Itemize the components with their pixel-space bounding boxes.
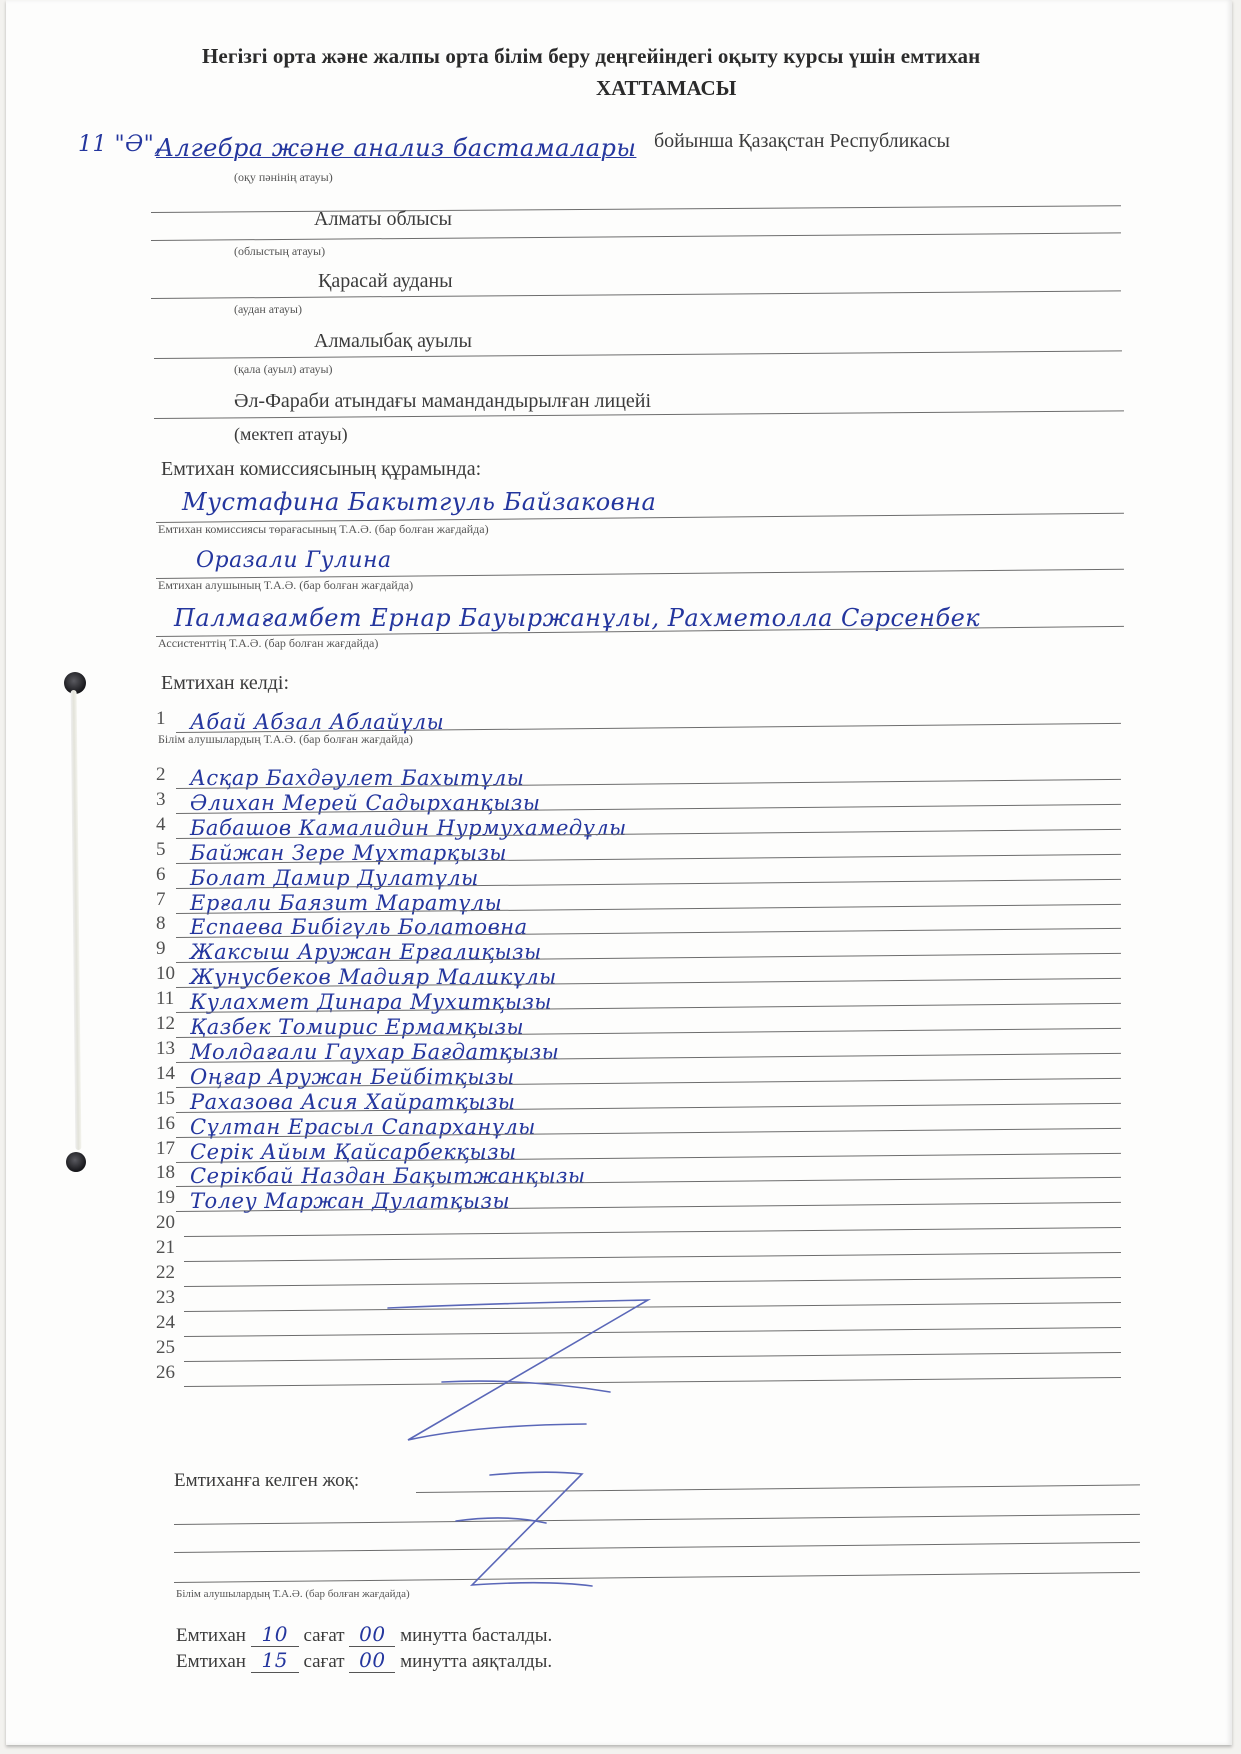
examiner-name: Оразали Гулина xyxy=(196,548,392,573)
student-number: 8 xyxy=(156,913,166,935)
village-caption: (қала (ауыл) атауы) xyxy=(234,362,333,377)
region-value: Алматы облысы xyxy=(314,208,452,231)
rule-region xyxy=(151,232,1121,241)
start-prefix: Емтихан xyxy=(176,1625,246,1646)
student-rule xyxy=(184,1252,1121,1262)
student-row: 14Оңғар Аружан Бейбітқызы xyxy=(156,1063,1136,1087)
student-number: 10 xyxy=(156,963,175,985)
student-rule xyxy=(184,1352,1121,1362)
student-number: 25 xyxy=(156,1337,175,1359)
student-row: 5Байжан Зере Мұхтарқызы xyxy=(156,839,1136,863)
student-rule xyxy=(184,1227,1121,1237)
student-number: 14 xyxy=(156,1063,175,1085)
commission-chair-caption: Емтихан комиссиясы төрағасының Т.А.Ә. (б… xyxy=(158,522,489,537)
student-rule xyxy=(184,1302,1121,1312)
student-row: 3Әлихан Мерей Садырханқызы xyxy=(156,789,1136,813)
attended-heading: Емтихан келді: xyxy=(161,672,289,695)
binding-hole-bottom xyxy=(66,1152,86,1172)
student-number: 11 xyxy=(156,988,174,1010)
document-title: Негізгі орта және жалпы орта білім беру … xyxy=(202,44,980,69)
student-number: 2 xyxy=(156,764,166,786)
rule-absent-2 xyxy=(174,1514,1140,1525)
student-number: 26 xyxy=(156,1362,175,1384)
student-row: 26 xyxy=(156,1362,1136,1386)
start-minute: 00 xyxy=(349,1622,395,1647)
absent-caption: Білім алушылардың Т.А.Ә. (бар болған жағ… xyxy=(176,1588,410,1600)
student-row: 2Асқар Бахдәулет Бахытұлы xyxy=(156,764,1136,788)
student-number: 4 xyxy=(156,814,166,836)
student-row: 1Абай Абзал АблайұлыБілім алушылардың Т.… xyxy=(156,708,1136,732)
student-row: 10Жунусбеков Мадияр Маликұлы xyxy=(156,963,1136,987)
district-caption: (аудан атауы) xyxy=(234,302,302,317)
student-number: 18 xyxy=(156,1162,175,1184)
attended-caption: Білім алушылардың Т.А.Ә. (бар болған жағ… xyxy=(158,732,413,747)
student-row: 4Бабашов Камалидин Нурмухамедұлы xyxy=(156,814,1136,838)
rule-after-subject xyxy=(151,205,1121,213)
student-number: 20 xyxy=(156,1212,175,1234)
end-suffix: минутта аяқталды. xyxy=(400,1651,552,1672)
rule-absent-3 xyxy=(174,1542,1140,1553)
student-row: 16Сұлтан Ерасыл Сапарханұлы xyxy=(156,1113,1136,1137)
student-number: 23 xyxy=(156,1287,175,1309)
student-row: 11Кулахмет Динара Мухитқызы xyxy=(156,988,1136,1012)
subject-printed-suffix: бойынша Қазақстан Республикасы xyxy=(654,130,950,153)
start-hour: 10 xyxy=(251,1622,299,1647)
village-value: Алмалыбақ ауылы xyxy=(314,330,472,353)
rule-district xyxy=(151,290,1121,299)
examiner-caption: Емтихан алушының Т.А.Ә. (бар болған жағд… xyxy=(158,578,413,593)
school-value: Әл-Фараби атындағы мамандандырылған лице… xyxy=(234,390,651,413)
student-rule xyxy=(184,1377,1121,1387)
student-number: 7 xyxy=(156,889,166,911)
assistants-caption: Ассистенттің Т.А.Ә. (бар болған жағдайда… xyxy=(158,636,378,651)
school-caption: (мектеп атауы) xyxy=(234,424,348,445)
student-rule xyxy=(184,1327,1121,1337)
student-row: 15Рахазова Асия Хайратқызы xyxy=(156,1088,1136,1112)
student-row: 18Серікбай Наздан Бақытжанқызы xyxy=(156,1162,1136,1186)
student-row: 13Молдағали Гаухар Бағдатқызы xyxy=(156,1038,1136,1062)
student-number: 21 xyxy=(156,1237,175,1259)
student-number: 15 xyxy=(156,1088,175,1110)
student-row: 17Серік Айым Қайсарбекқызы xyxy=(156,1138,1136,1162)
student-rule xyxy=(184,1277,1121,1287)
exam-protocol-page: Негізгі орта және жалпы орта білім беру … xyxy=(6,0,1232,1745)
class-handwritten: 11 "Ә", xyxy=(78,132,162,157)
binding-string xyxy=(71,690,82,1150)
student-row: 8Еспаева Бибігүль Болатовна xyxy=(156,913,1136,937)
student-row: 21 xyxy=(156,1237,1136,1261)
district-value: Қарасай ауданы xyxy=(318,270,453,293)
student-row: 12Қазбек Томирис Ермамқызы xyxy=(156,1013,1136,1037)
student-row: 25 xyxy=(156,1337,1136,1361)
absent-heading: Емтиханға келген жоқ: xyxy=(174,1470,359,1492)
student-number: 13 xyxy=(156,1038,175,1060)
student-row: 23 xyxy=(156,1287,1136,1311)
rule-absent-1 xyxy=(416,1484,1140,1493)
student-number: 3 xyxy=(156,789,166,811)
student-row: 6Болат Дамир Дулатұлы xyxy=(156,864,1136,888)
student-number: 5 xyxy=(156,839,166,861)
end-hour-word: сағат xyxy=(303,1651,344,1672)
absent-z-mark xyxy=(472,1472,592,1586)
student-row: 19Толеу Маржан Дулатқызы xyxy=(156,1187,1136,1211)
student-number: 1 xyxy=(156,708,166,730)
student-number: 6 xyxy=(156,864,166,886)
student-row: 9Жаксыш Аружан Ерғалиқызы xyxy=(156,938,1136,962)
rule-absent-4 xyxy=(174,1572,1140,1583)
end-minute: 00 xyxy=(349,1648,395,1673)
rule-village xyxy=(154,350,1122,359)
start-suffix: минутта басталды. xyxy=(400,1625,552,1646)
student-number: 16 xyxy=(156,1113,175,1135)
exam-end-line: Емтихан 15 сағат 00 минутта аяқталды. xyxy=(176,1648,552,1673)
commission-heading: Емтихан комиссиясының құрамында: xyxy=(161,458,481,481)
subject-caption: (оқу пәнінің атауы) xyxy=(234,170,333,185)
student-number: 12 xyxy=(156,1013,175,1035)
student-number: 19 xyxy=(156,1187,175,1209)
student-number: 17 xyxy=(156,1138,175,1160)
student-number: 9 xyxy=(156,938,166,960)
document-title-protocol: ХАТТАМАСЫ xyxy=(596,76,736,101)
end-hour: 15 xyxy=(251,1648,299,1673)
student-number: 22 xyxy=(156,1262,175,1284)
student-row: 22 xyxy=(156,1262,1136,1286)
student-row: 24 xyxy=(156,1312,1136,1336)
student-row: 7Ерғали Баязит Маратұлы xyxy=(156,889,1136,913)
student-number: 24 xyxy=(156,1312,175,1334)
subject-handwritten: Алгебра және анализ бастамалары xyxy=(156,134,636,162)
region-caption: (облыстың атауы) xyxy=(234,244,325,259)
end-prefix: Емтихан xyxy=(176,1651,246,1672)
student-row: 20 xyxy=(156,1212,1136,1236)
exam-start-line: Емтихан 10 сағат 00 минутта басталды. xyxy=(176,1622,552,1647)
commission-chair-name: Мустафина Бакытгуль Байзаковна xyxy=(182,488,656,516)
start-hour-word: сағат xyxy=(303,1625,344,1646)
